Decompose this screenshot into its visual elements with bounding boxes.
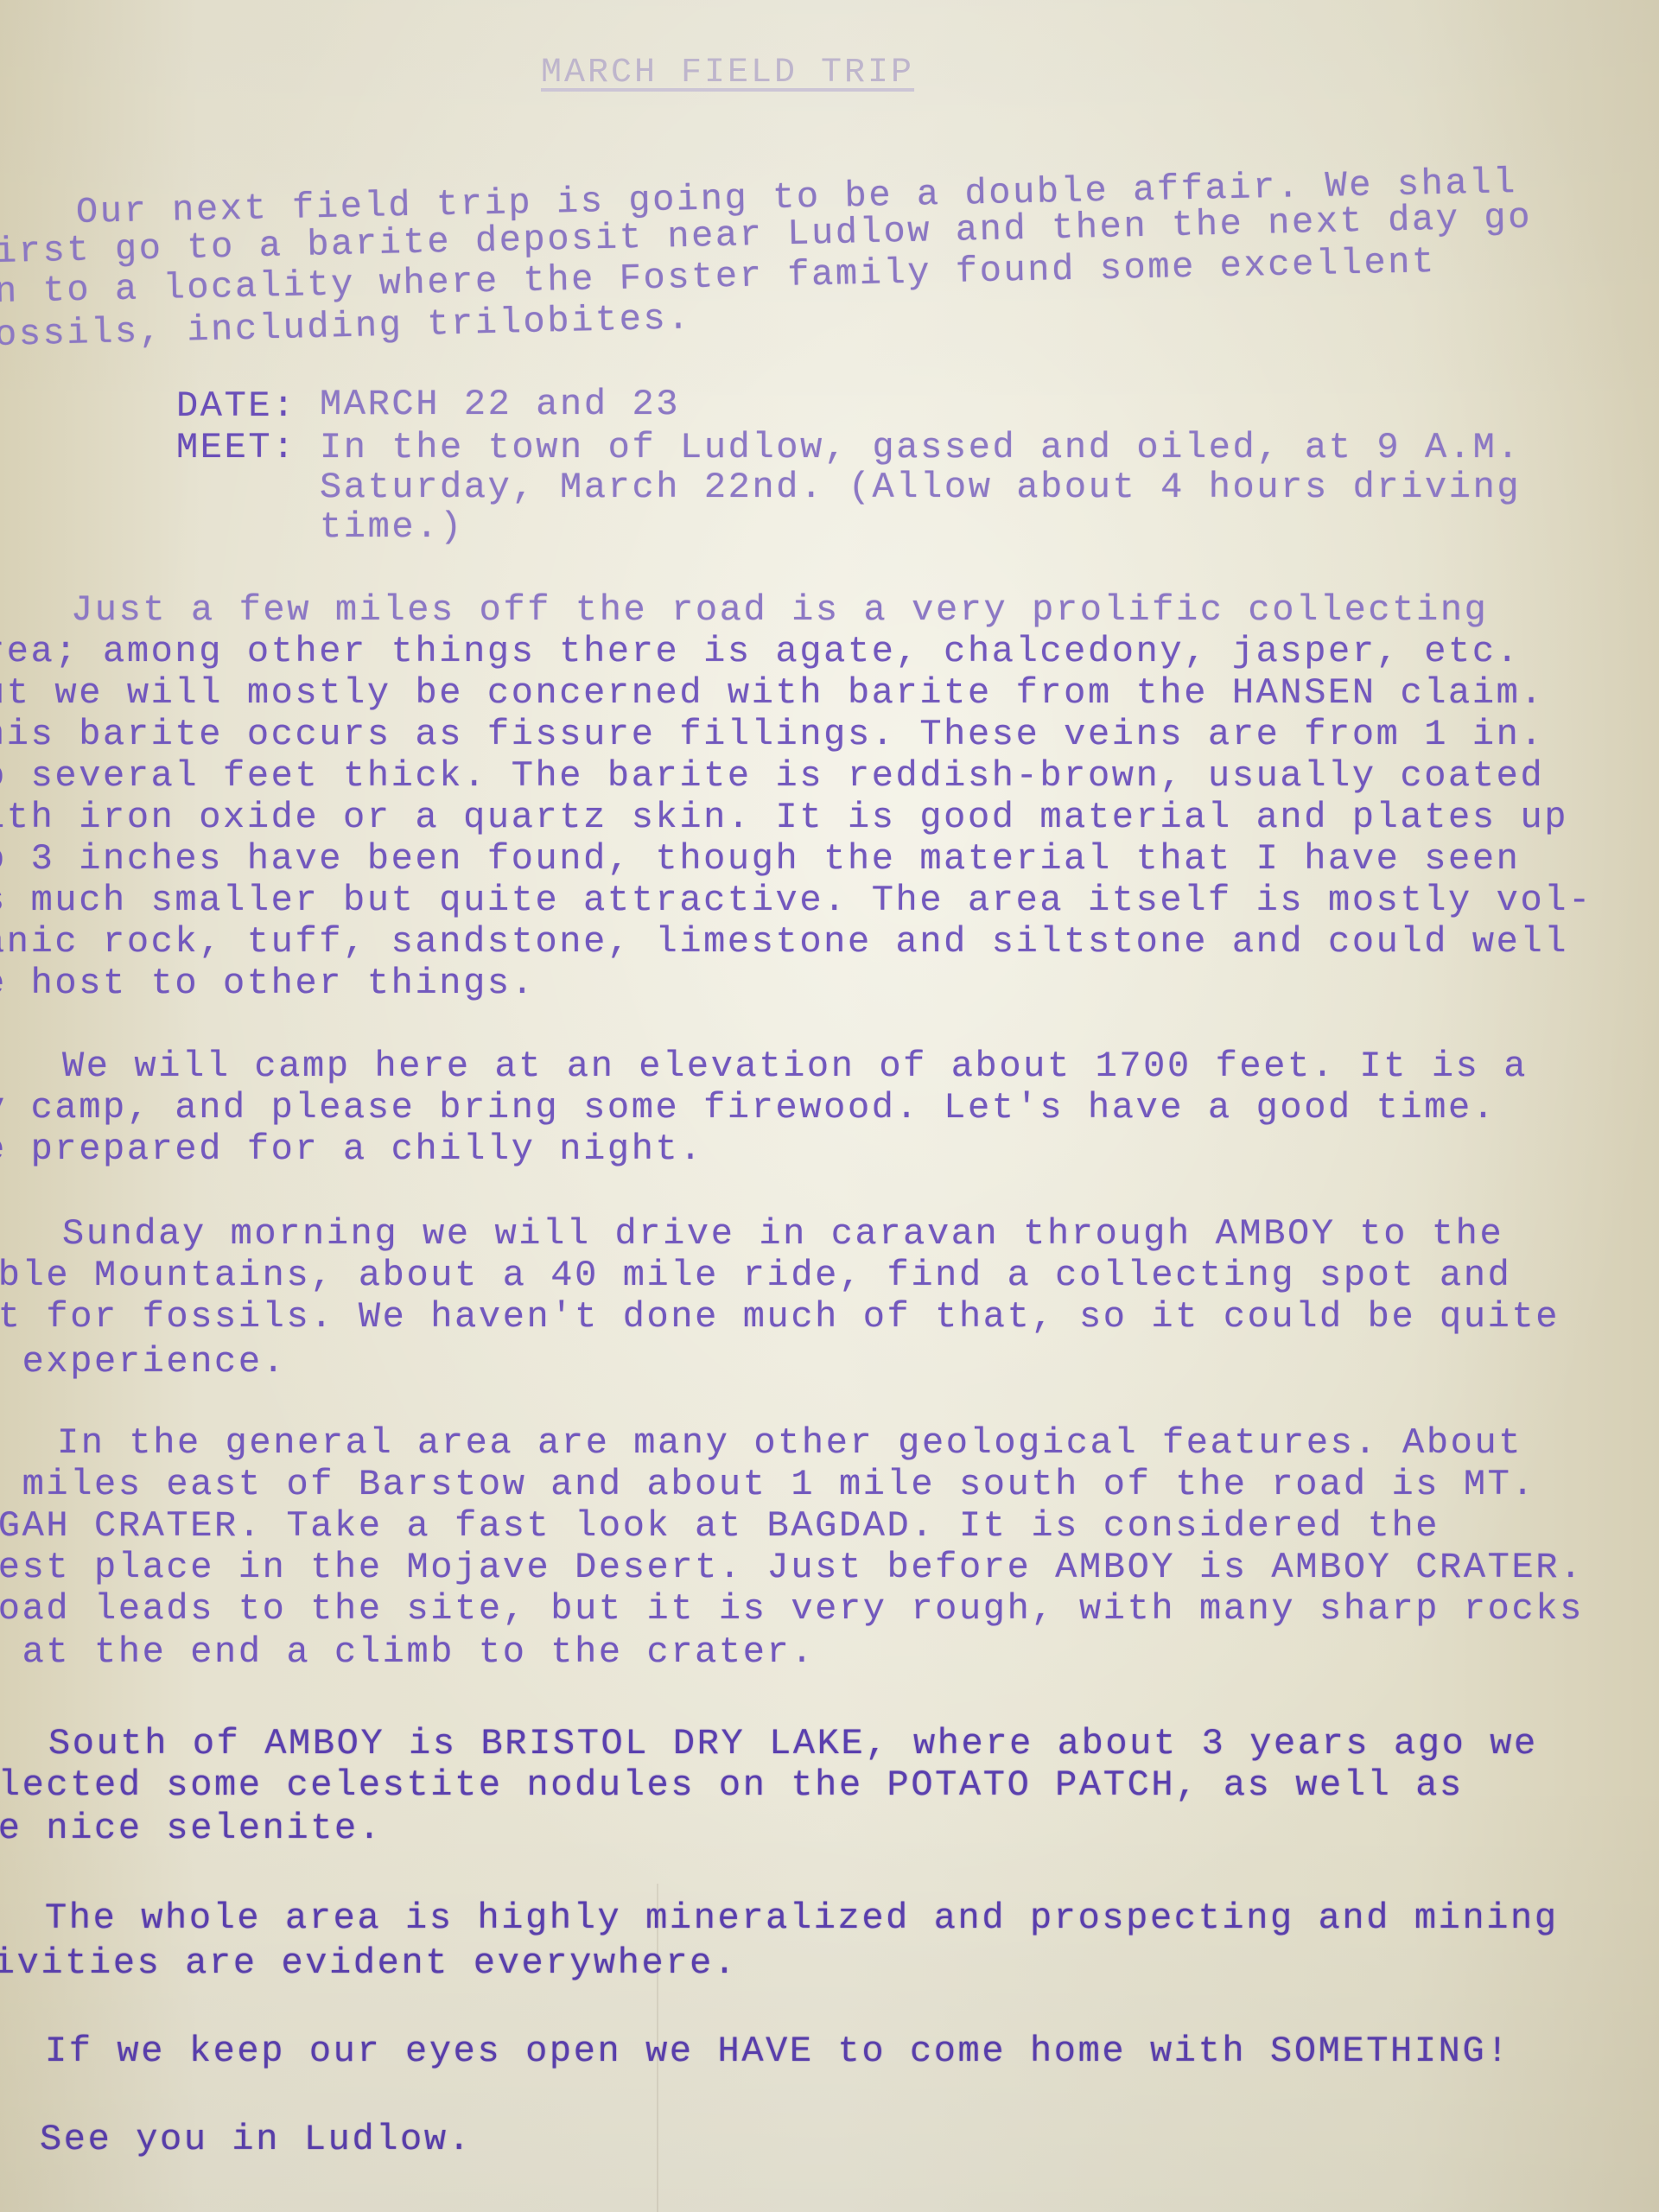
text-line: e host to other things.	[0, 963, 536, 1004]
meet-line: Saturday, March 22nd. (Allow about 4 hou…	[320, 467, 1521, 508]
text-line: tivities are evident everywhere.	[0, 1942, 738, 1984]
text-line: The whole area is highly mineralized and…	[45, 1897, 1559, 1939]
meet-line: In the town of Ludlow, gassed and oiled,…	[320, 427, 1521, 468]
text-line: SGAH CRATER. Take a fast look at BAGDAD.…	[0, 1505, 1440, 1547]
text-line: 5 miles east of Barstow and about 1 mile…	[0, 1464, 1535, 1505]
text-line: d at the end a climb to the crater.	[0, 1631, 815, 1673]
text-line: If we keep our eyes open we HAVE to come…	[45, 2031, 1510, 2072]
text-line: me nice selenite.	[0, 1808, 383, 1849]
text-line: rea; among other things there is agate, …	[0, 631, 1520, 672]
text-line: ith iron oxide or a quartz skin. It is g…	[0, 797, 1568, 838]
typewritten-page: MARCH FIELD TRIP Our next field trip is …	[0, 0, 1659, 2212]
text-line: road leads to the site, but it is very r…	[0, 1588, 1584, 1630]
text-line: nt for fossils. We haven't done much of …	[0, 1296, 1560, 1338]
text-line: llected some celestite nodules on the PO…	[0, 1764, 1464, 1806]
text-line: We will camp here at an elevation of abo…	[62, 1046, 1528, 1087]
date-label: DATE:	[176, 385, 296, 427]
text-line: South of AMBOY is BRISTOL DRY LAKE, wher…	[48, 1723, 1538, 1764]
text-line: e prepared for a chilly night.	[0, 1128, 703, 1170]
date-value: MARCH 22 and 23	[320, 384, 680, 425]
text-line: yest place in the Mojave Desert. Just be…	[0, 1547, 1584, 1588]
text-line: Just a few miles off the road is a very …	[71, 589, 1488, 631]
text-line: o several feet thick. The barite is redd…	[0, 755, 1544, 797]
text-line: a experience.	[0, 1341, 286, 1382]
meet-label: MEET:	[176, 427, 296, 468]
text-line: rble Mountains, about a 40 mile ride, fi…	[0, 1255, 1511, 1296]
meet-line: time.)	[320, 506, 464, 548]
text-line: anic rock, tuff, sandstone, limestone an…	[0, 921, 1568, 963]
text-line: s much smaller but quite attractive. The…	[0, 880, 1592, 921]
page-title: MARCH FIELD TRIP	[541, 54, 914, 92]
text-line: y camp, and please bring some firewood. …	[0, 1087, 1497, 1128]
text-line: In the general area are many other geolo…	[57, 1422, 1522, 1464]
text-line: o 3 inches have been found, though the m…	[0, 838, 1520, 880]
text-line: his barite occurs as fissure fillings. T…	[0, 714, 1544, 755]
sign-off-line: See you in Ludlow.	[40, 2119, 472, 2160]
text-line: ut we will mostly be concerned with bari…	[0, 672, 1544, 714]
text-line: Sunday morning we will drive in caravan …	[62, 1213, 1503, 1255]
